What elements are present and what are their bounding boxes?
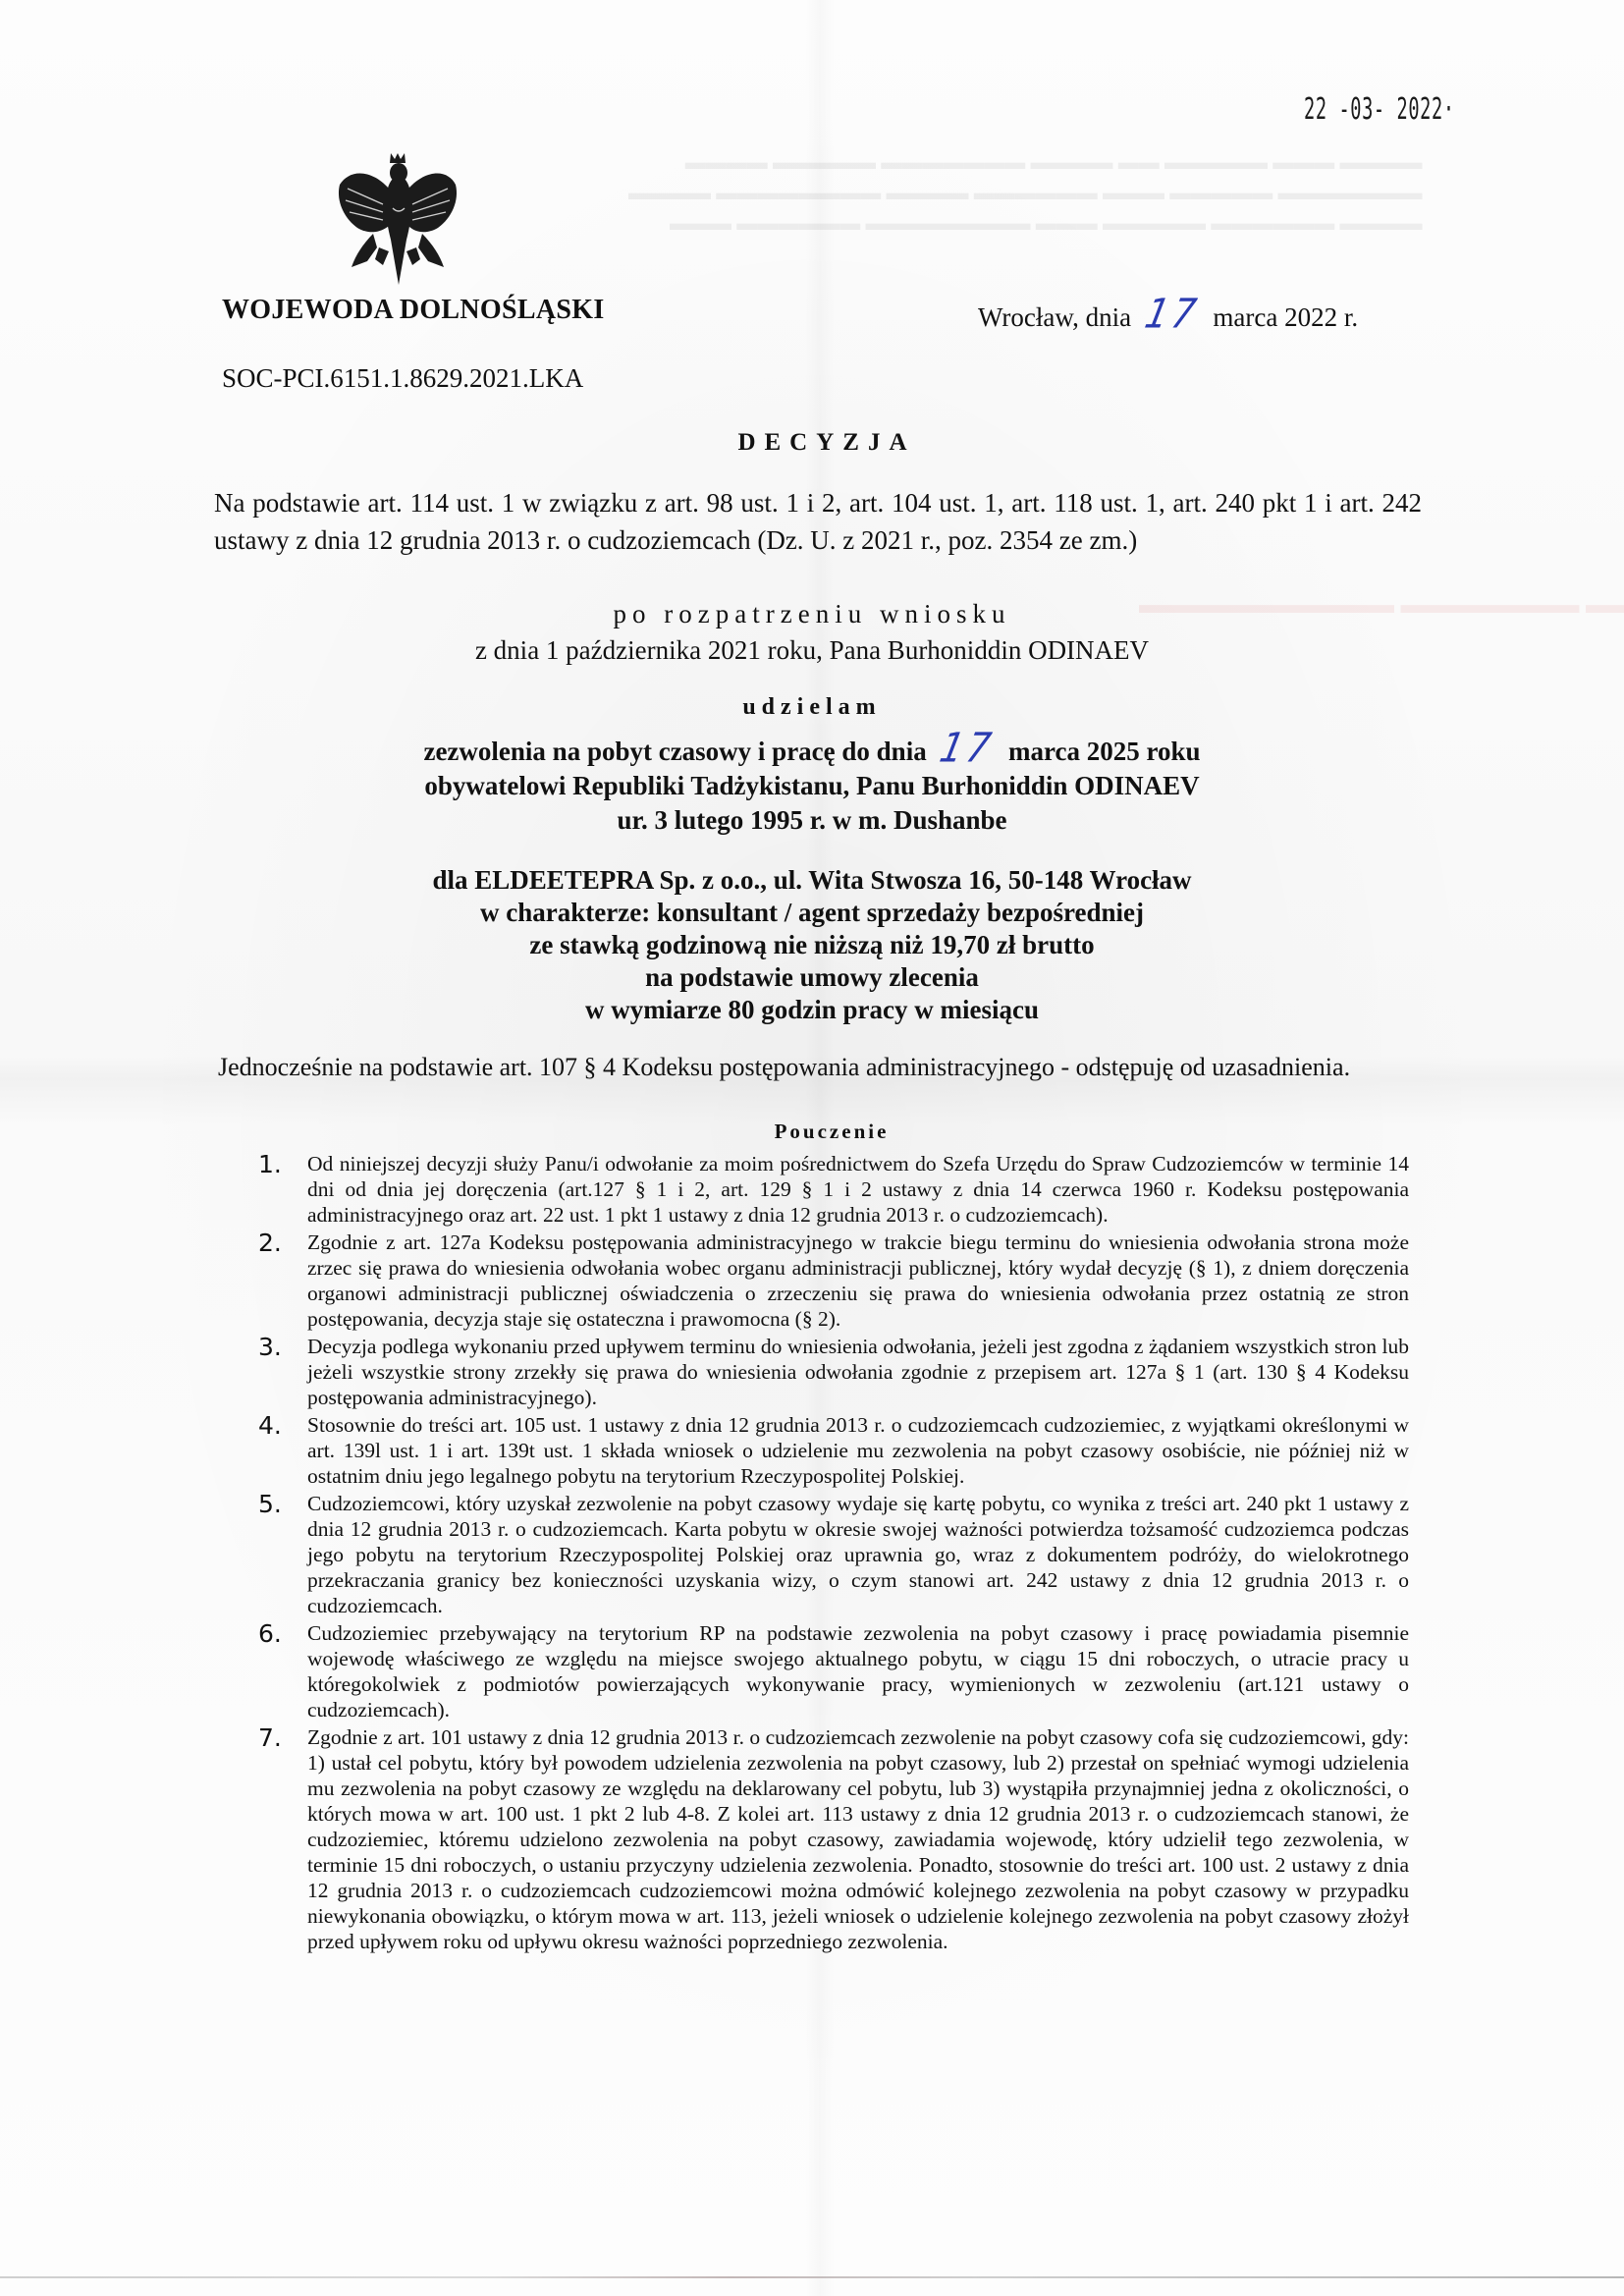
instruction-text: Zgodnie z art. 127a Kodeksu postępowania… xyxy=(307,1230,1409,1331)
instruction-number: 3. xyxy=(258,1335,282,1360)
instruction-item: 1.Od niniejszej decyzji służy Panu/i odw… xyxy=(250,1151,1409,1228)
instruction-text: Zgodnie z art. 101 ustawy z dnia 12 grud… xyxy=(307,1725,1409,1953)
scan-edge-line xyxy=(0,2276,1624,2278)
instruction-item: 4.Stosownie do treści art. 105 ust. 1 us… xyxy=(250,1412,1409,1489)
instructions-heading: Pouczenie xyxy=(0,1120,1624,1144)
instructions-list: 1.Od niniejszej decyzji służy Panu/i odw… xyxy=(250,1151,1409,1956)
hourly-rate: ze stawką godzinową nie niższą niż 19,70… xyxy=(0,929,1624,961)
polish-eagle-emblem-icon xyxy=(334,149,461,287)
grant-block: zezwolenia na pobyt czasowy i pracę do d… xyxy=(0,732,1624,838)
instruction-number: 2. xyxy=(258,1230,282,1256)
document-title: DECYZJA xyxy=(0,429,1624,457)
grant-recipient: obywatelowi Republiki Tadżykistanu, Panu… xyxy=(0,769,1624,803)
employment-terms: dla ELDEETEPRA Sp. z o.o., ul. Wita Stwo… xyxy=(0,864,1624,1026)
consideration-detail: z dnia 1 października 2021 roku, Pana Bu… xyxy=(0,635,1624,666)
place-date-prefix: Wrocław, dnia xyxy=(978,302,1131,332)
instruction-text: Cudzoziemiec przebywający na terytorium … xyxy=(307,1621,1409,1722)
issuing-authority: WOJEWODA DOLNOŚLĄSKI xyxy=(222,295,605,326)
grant-line-1: zezwolenia na pobyt czasowy i pracę do d… xyxy=(0,732,1624,769)
place-date-suffix: marca 2022 r. xyxy=(1213,302,1358,332)
instruction-number: 4. xyxy=(258,1413,282,1439)
handwritten-day: 17 xyxy=(1141,292,1204,338)
instruction-text: Od niniejszej decyzji służy Panu/i odwoł… xyxy=(307,1152,1409,1227)
instruction-item: 5.Cudzoziemcowi, który uzyskał zezwoleni… xyxy=(250,1491,1409,1618)
handwritten-validity-day: 17 xyxy=(937,729,998,768)
received-date-stamp: 22 -03- 2022· xyxy=(1304,92,1455,127)
instruction-item: 2.Zgodnie z art. 127a Kodeksu postępowan… xyxy=(250,1230,1409,1332)
instruction-text: Decyzja podlega wykonaniu przed upływem … xyxy=(307,1335,1409,1409)
place-and-date: Wrocław, dnia 17 marca 2022 r. xyxy=(978,295,1358,335)
instruction-text: Cudzoziemcowi, który uzyskał zezwolenie … xyxy=(307,1492,1409,1617)
grant-validity-suffix: marca 2025 roku xyxy=(1008,737,1201,766)
contract-type: na podstawie umowy zlecenia xyxy=(0,961,1624,994)
instruction-item: 3.Decyzja podlega wykonaniu przed upływe… xyxy=(250,1334,1409,1410)
case-reference-number: SOC-PCI.6151.1.8629.2021.LKA xyxy=(222,363,583,394)
instruction-item: 6.Cudzoziemiec przebywający na terytoriu… xyxy=(250,1620,1409,1722)
working-hours: w wymiarze 80 godzin pracy w miesiącu xyxy=(0,994,1624,1026)
bleed-through-text: ▬▬▬▬ ▬▬▬ ▬▬▬▬▬ ▬▬ ▬▬▬▬ ▬▬▬▬▬▬▬ ▬▬▬▬▬ ▬▬▬… xyxy=(628,147,1423,239)
scanned-page: ▬▬▬▬ ▬▬▬ ▬▬▬▬▬ ▬▬ ▬▬▬▬ ▬▬▬▬▬▬▬ ▬▬▬▬▬ ▬▬▬… xyxy=(0,0,1624,2296)
instruction-number: 6. xyxy=(258,1621,282,1647)
grant-validity-prefix: zezwolenia na pobyt czasowy i pracę do d… xyxy=(423,737,926,766)
grant-heading: udzielam xyxy=(0,694,1624,721)
consideration-heading: po rozpatrzeniu wniosku xyxy=(0,599,1624,629)
job-position: w charakterze: konsultant / agent sprzed… xyxy=(0,897,1624,929)
instruction-text: Stosownie do treści art. 105 ust. 1 usta… xyxy=(307,1413,1409,1488)
instruction-number: 7. xyxy=(258,1725,282,1751)
instruction-item: 7.Zgodnie z art. 101 ustawy z dnia 12 gr… xyxy=(250,1724,1409,1954)
instruction-number: 1. xyxy=(258,1152,282,1177)
justification-waiver: Jednocześnie na podstawie art. 107 § 4 K… xyxy=(218,1053,1350,1082)
employer: dla ELDEETEPRA Sp. z o.o., ul. Wita Stwo… xyxy=(0,864,1624,897)
grant-birth-info: ur. 3 lutego 1995 r. w m. Dushanbe xyxy=(0,803,1624,838)
legal-basis-paragraph: Na podstawie art. 114 ust. 1 w związku z… xyxy=(214,484,1422,559)
instruction-number: 5. xyxy=(258,1492,282,1517)
